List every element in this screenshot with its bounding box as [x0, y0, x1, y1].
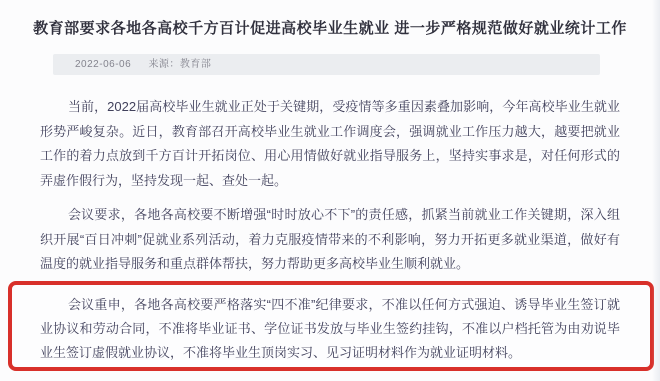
paragraph-intro: 当前，2022届高校毕业生就业正处于关键期，受疫情等多重因素叠加影响，今年高校毕… — [40, 95, 620, 193]
paragraph-meeting-requirements: 会议要求，各地各高校要不断增强“时时放心不下”的责任感，抓紧当前就业工作关键期，… — [40, 203, 620, 277]
meta-bar: 2022-06-06 来源：教育部 — [53, 54, 600, 75]
highlight-box: 会议重申，各地各高校要严格落实“四不准”纪律要求，不准以任何方式强迫、诱导毕业生… — [8, 281, 654, 371]
paragraph-four-prohibitions: 会议重申，各地各高校要严格落实“四不准”纪律要求，不准以任何方式强迫、诱导毕业生… — [40, 293, 620, 365]
source-text: 来源：教育部 — [148, 59, 211, 70]
article-title: 教育部要求各地各高校千方百计促进高校毕业生就业 进一步严格规范做好就业统计工作 — [0, 17, 660, 38]
publish-date: 2022-06-06 — [75, 59, 131, 70]
article-page: 教育部要求各地各高校千方百计促进高校毕业生就业 进一步严格规范做好就业统计工作 … — [0, 0, 660, 381]
